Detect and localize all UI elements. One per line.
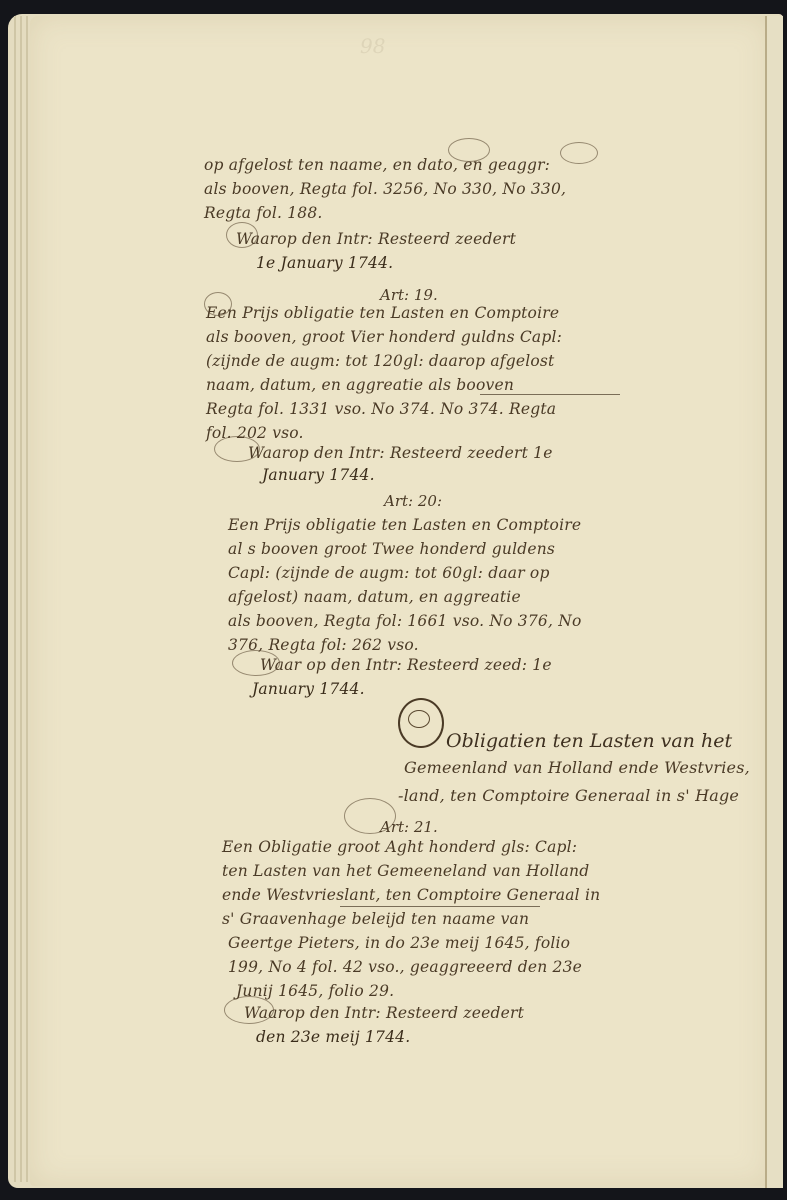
margin-page-mark: 98: [360, 34, 385, 58]
text-line: als booven, Regta fol: 1661 vso. No 376,…: [228, 612, 582, 630]
article-label: Art: 20:: [384, 492, 442, 510]
text-line: als booven, groot Vier honderd guldns Ca…: [206, 328, 562, 346]
text-line: afgelost) naam, datum, en aggreatie: [228, 588, 521, 606]
text-line: Een Prijs obligatie ten Lasten en Compto…: [228, 516, 581, 534]
remark-line: Waarop den Intr: Resteerd zeedert: [236, 230, 516, 248]
text-line: Een Prijs obligatie ten Lasten en Compto…: [206, 304, 559, 322]
text-line: Geertge Pieters, in do 23e meij 1645, fo…: [228, 934, 570, 952]
remark-line: Waarop den Intr: Resteerd zeedert: [244, 1004, 524, 1022]
text-line: als booven, Regta fol. 3256, No 330, No …: [204, 180, 566, 198]
text-line: ende Westvrieslant, ten Comptoire Genera…: [222, 886, 600, 904]
remark-line: Waar op den Intr: Resteerd zeed: 1e: [260, 656, 552, 674]
section-heading-line: -land, ten Comptoire Generaal in s' Hage: [398, 786, 739, 805]
text-line: naam, datum, en aggreatie als booven: [206, 376, 514, 394]
text-line: al s booven groot Twee honderd guldens: [228, 540, 555, 558]
article-label: Art: 21.: [380, 818, 438, 836]
text-line: s' Graavenhage beleijd ten naame van: [222, 910, 529, 928]
flourish: [560, 142, 598, 164]
text-line: 199, No 4 fol. 42 vso., geaggreeerd den …: [228, 958, 582, 976]
remark-line: January 1744.: [262, 466, 375, 484]
text-line: (zijnde de augm: tot 120gl: daarop afgel…: [206, 352, 554, 370]
text-line: Een Obligatie groot Aght honderd gls: Ca…: [222, 838, 577, 856]
decorative-initial-o: [398, 698, 444, 748]
remark-line: den 23e meij 1744.: [256, 1028, 410, 1046]
article-label: Art: 19.: [380, 286, 438, 304]
underline: [340, 906, 540, 907]
remark-line: January 1744.: [252, 680, 365, 698]
remark-line: Waarop den Intr: Resteerd zeedert 1e: [248, 444, 553, 462]
facing-page-edge: [767, 16, 783, 1188]
section-heading-line: Gemeenland van Holland ende Westvries,: [404, 758, 750, 777]
text-line: Regta fol. 188.: [204, 204, 323, 222]
page-edge: [26, 16, 28, 1182]
text-line: op afgelost ten naame, en dato, en geagg…: [204, 156, 550, 174]
underline: [480, 394, 620, 395]
page-edge: [20, 16, 22, 1182]
section-heading: Obligatien ten Lasten van het: [446, 730, 732, 752]
remark-line: 1e January 1744.: [256, 254, 393, 272]
text-line: ten Lasten van het Gemeeneland van Holla…: [222, 862, 589, 880]
text-line: Capl: (zijnde de augm: tot 60gl: daar op: [228, 564, 550, 582]
text-line: Regta fol. 1331 vso. No 374. No 374. Reg…: [206, 400, 556, 418]
page-edge: [14, 16, 16, 1182]
